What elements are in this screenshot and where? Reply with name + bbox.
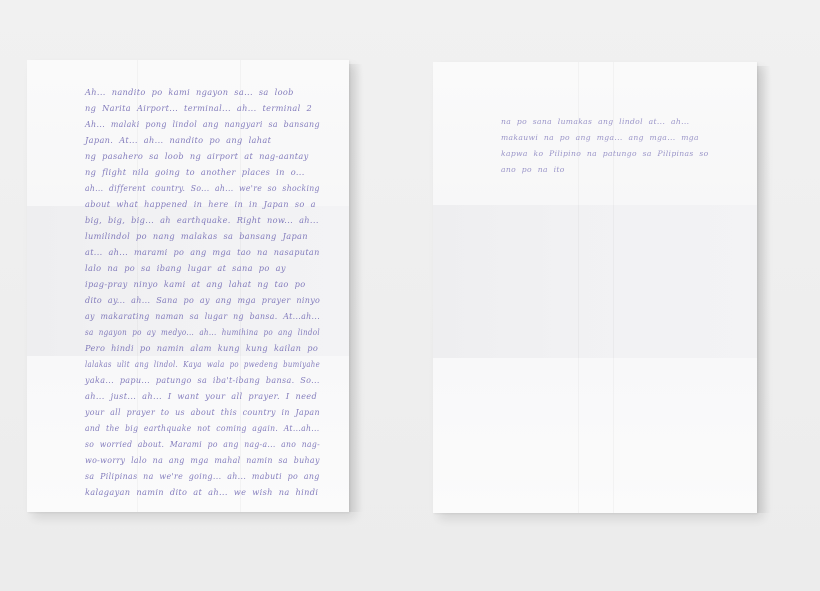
handwritten-line: ah... different country. So... ah... we'… xyxy=(85,183,320,193)
handwritten-line: lalakas ulit ang lindol. Kaya wala po pw… xyxy=(85,359,320,369)
handwritten-line: na po sana lumakas ang lindol at... ah..… xyxy=(501,117,689,126)
letter-page-1: Ah... nandito po kami ngayon sa... sa lo… xyxy=(27,60,349,512)
handwritten-line: ano po na ito xyxy=(501,165,565,174)
handwritten-line: kapwa ko Pilipino na patungo sa Pilipina… xyxy=(501,149,709,158)
handwritten-line: lalo na po sa ibang lugar at sana po ay xyxy=(85,263,286,273)
handwritten-line: ng pasahero sa loob ng airport at nag-aa… xyxy=(85,151,309,161)
handwritten-line: dito ay... ah... Sana po ay ang mga pray… xyxy=(85,295,320,305)
handwritten-line: ng flight nila going to another places i… xyxy=(85,167,305,177)
handwritten-line: yaka... papu... patungo sa iba't-ibang b… xyxy=(85,375,320,385)
scene: Ah... nandito po kami ngayon sa... sa lo… xyxy=(0,0,820,591)
handwritten-line: wo-worry lalo na ang mga mahal namin sa … xyxy=(85,455,320,465)
handwritten-line: so worried about. Marami po ang nag-a...… xyxy=(85,439,320,449)
fold-panel-bottom xyxy=(433,358,757,513)
handwritten-line: and the big earthquake not coming again.… xyxy=(85,423,320,433)
handwritten-line: makauwi na po ang mga... ang mga... mga xyxy=(501,133,699,142)
vertical-crease xyxy=(613,62,614,513)
letter-page-2: na po sana lumakas ang lindol at... ah..… xyxy=(433,62,757,513)
handwritten-line: sa Pilipinas na we're going... ah... mab… xyxy=(85,471,320,481)
handwritten-line: sa ngayon po ay medyo... ah... humihina … xyxy=(85,327,320,337)
handwritten-line: big, big, big... ah earthquake. Right no… xyxy=(85,215,319,225)
handwritten-line: ay makarating naman sa lugar ng bansa. A… xyxy=(85,311,320,321)
handwritten-line: Ah... nandito po kami ngayon sa... sa lo… xyxy=(85,87,294,97)
handwritten-line: kalagayan namin dito at ah... we wish na… xyxy=(85,487,318,497)
handwritten-line: at... ah... marami po ang mga tao na nas… xyxy=(85,247,320,257)
paper-shadow xyxy=(349,64,363,512)
paper-shadow xyxy=(757,66,771,513)
handwritten-line: about what happened in here in in Japan … xyxy=(85,199,316,209)
handwritten-line: ng Narita Airport... terminal... ah... t… xyxy=(85,103,312,113)
handwritten-line: Japan. At... ah... nandito po ang lahat xyxy=(85,135,271,145)
vertical-crease xyxy=(578,62,579,513)
handwritten-line: ah... just... ah... I want your all pray… xyxy=(85,391,317,401)
handwritten-line: Ah... malaki pong lindol ang nangyari sa… xyxy=(85,119,320,129)
handwritten-line: your all prayer to us about this country… xyxy=(85,407,320,417)
fold-panel-middle xyxy=(433,205,757,358)
handwritten-line: lumilindol po nang malakas sa bansang Ja… xyxy=(85,231,308,241)
handwritten-line: Pero hindi po namin alam kung kung kaila… xyxy=(85,343,318,353)
handwritten-line: ipag-pray ninyo kami at ang lahat ng tao… xyxy=(85,279,306,289)
